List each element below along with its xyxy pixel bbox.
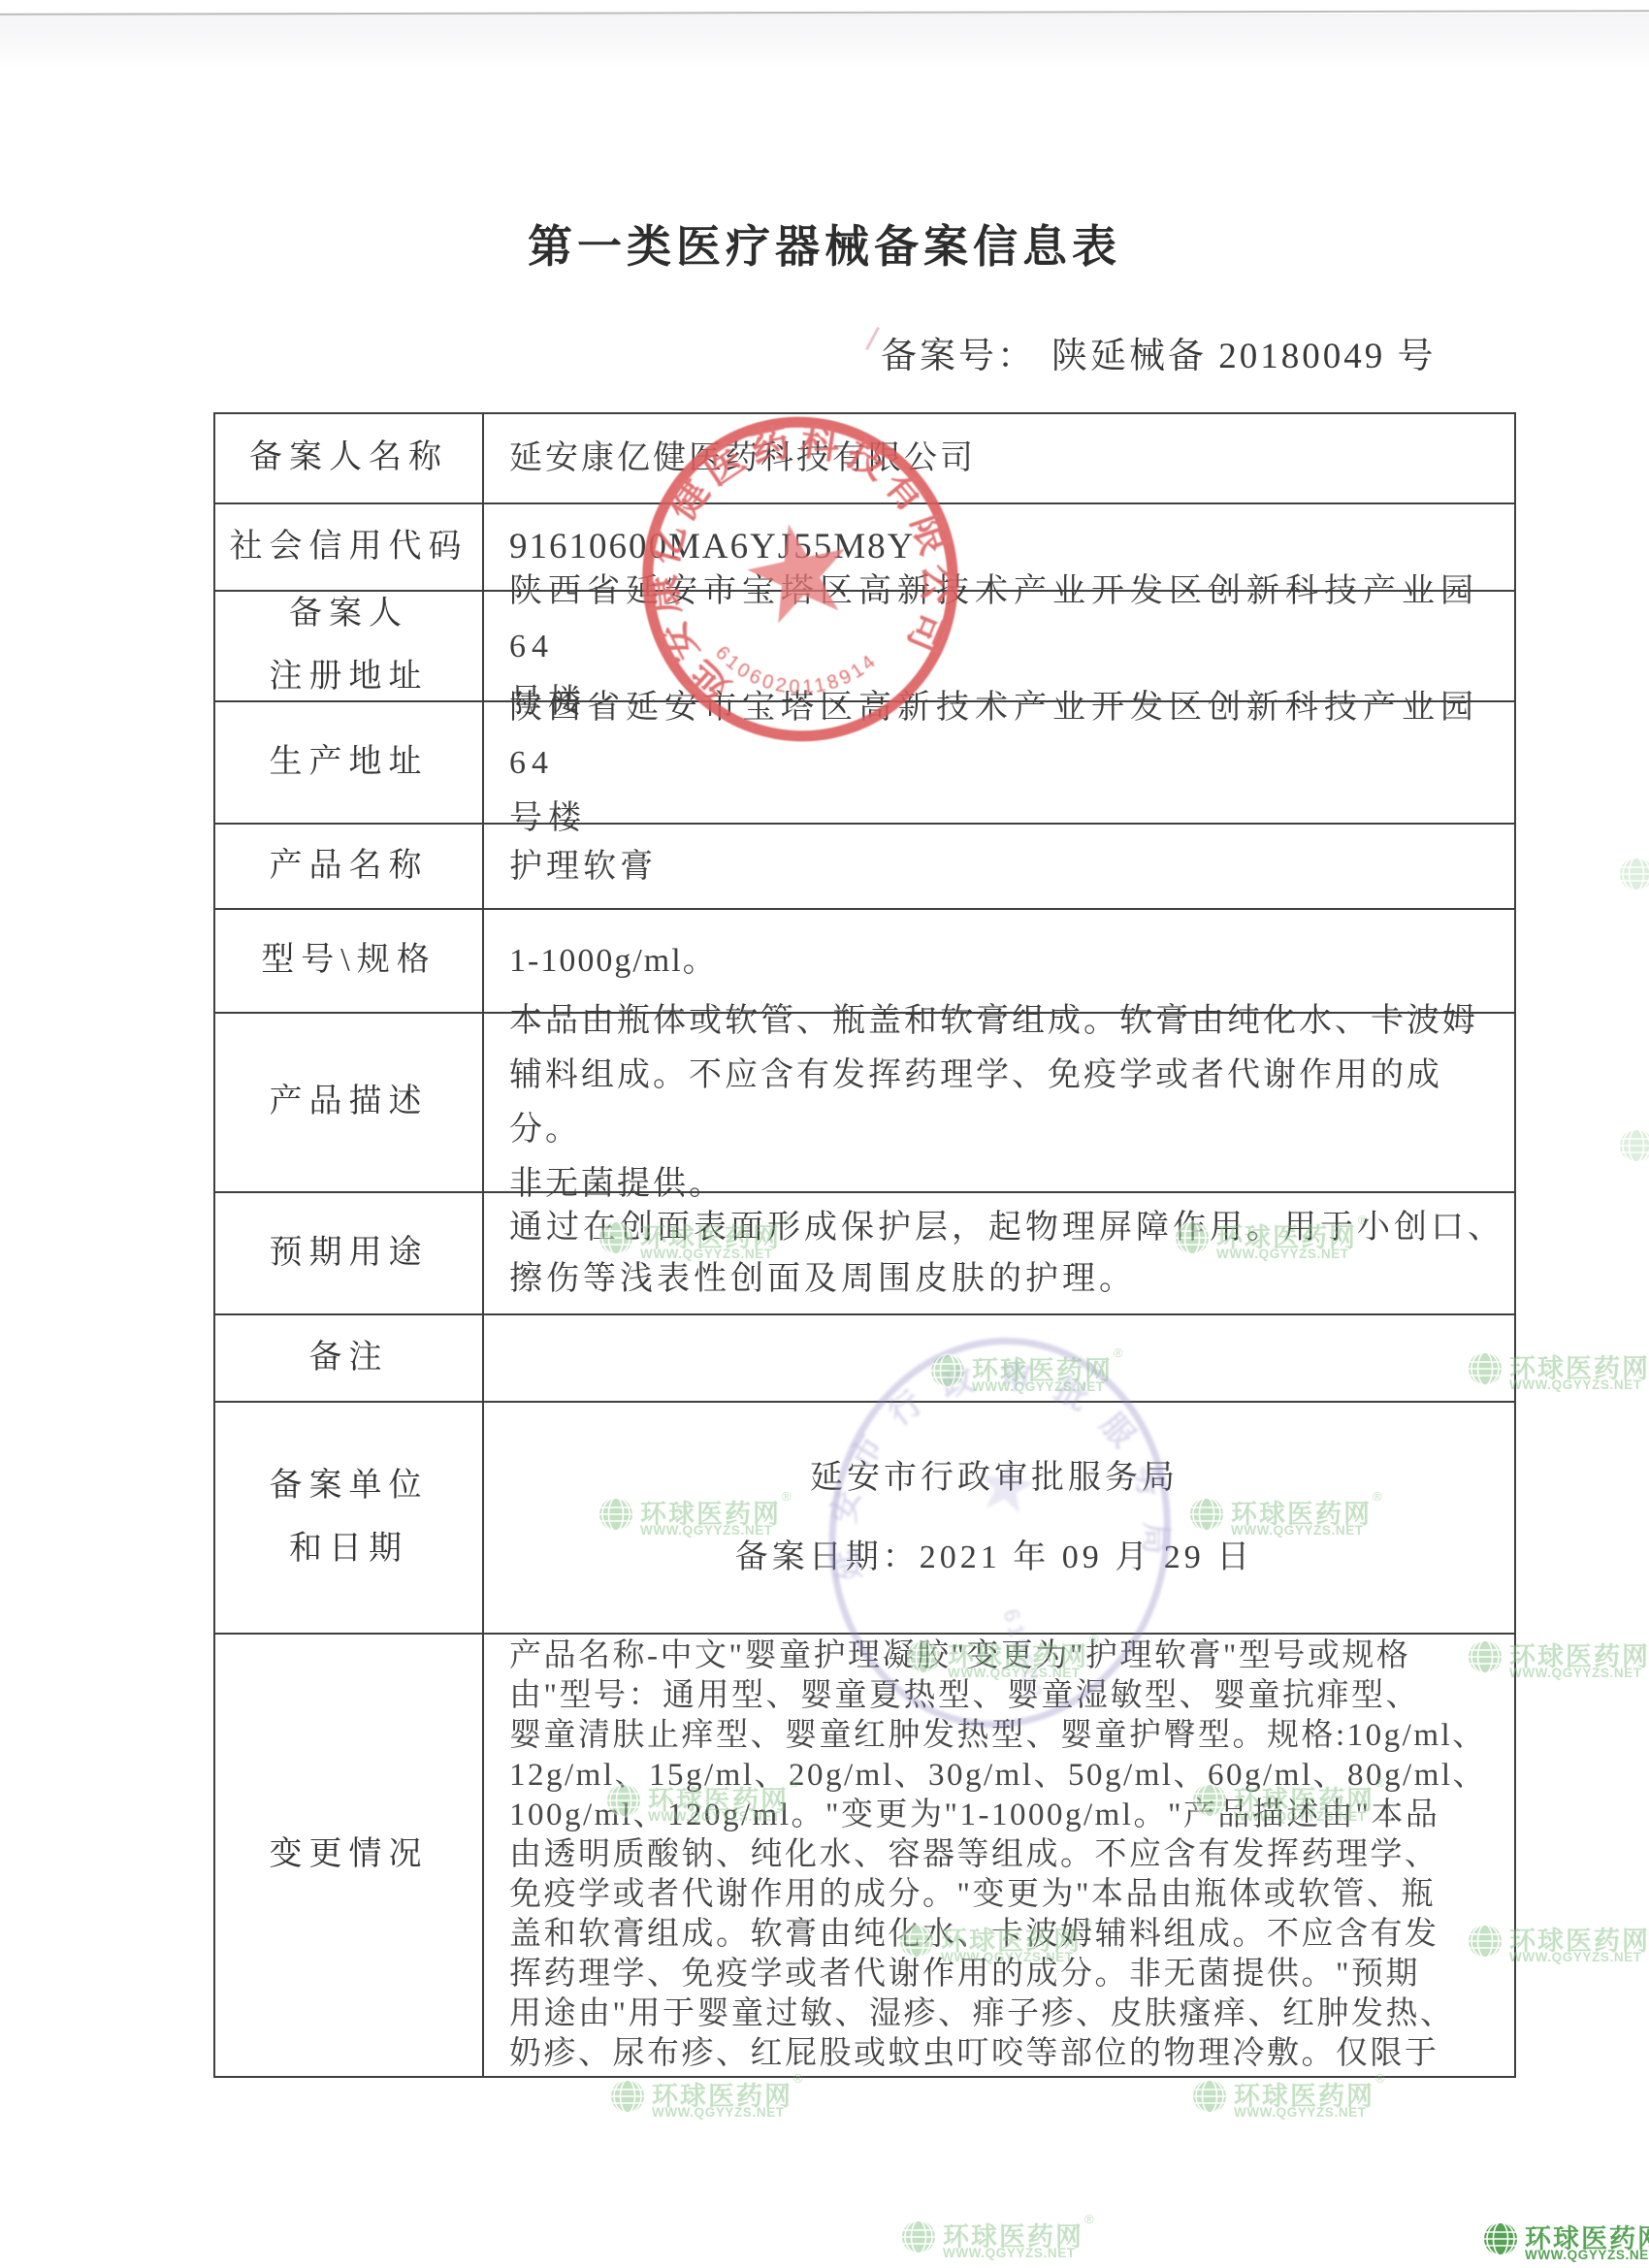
row-label: 预期用途 xyxy=(215,1193,484,1313)
watermark-url: WWW.QGYYZS.NET xyxy=(1509,1377,1642,1392)
watermark-url: WWW.QGYYZS.NET xyxy=(948,1666,1081,1680)
site-watermark: 环球医药网®WWW.QGYYZS.NET xyxy=(598,1493,792,1545)
row-value: 本品由瓶体或软管、瓶盖和软膏组成。软膏由纯化水、卡波姆辅料组成。不应含有发挥药理… xyxy=(484,1014,1514,1191)
globe-icon xyxy=(1467,1350,1503,1387)
row-label: 产品名称 xyxy=(215,825,484,908)
registered-mark: ® xyxy=(1083,1916,1092,1930)
registered-mark: ® xyxy=(1358,1213,1368,1227)
globe-icon xyxy=(905,1638,942,1675)
globe-icon xyxy=(1618,1127,1649,1164)
scanned-document-page: 第一类医疗器械备案信息表 备案号：陕延械备 20180049 号 备案人名称延安… xyxy=(0,0,1649,2268)
row-label: 备注 xyxy=(215,1315,484,1401)
site-watermark: 环球医药网®WWW.QGYYZS.NET xyxy=(1191,1779,1385,1831)
row-label: 生产地址 xyxy=(215,702,484,823)
site-watermark: 环球医药网®WWW.QGYYZS.NET xyxy=(1467,1347,1649,1400)
globe-icon xyxy=(900,2219,937,2255)
table-row: 变更情况产品名称-中文"婴童护理凝胶"变更为"护理软膏"型号或规格由"型号：通用… xyxy=(215,1635,1514,2076)
site-watermark: 环球医药网®WWW.QGYYZS.NET xyxy=(929,1349,1123,1402)
watermark-url: WWW.QGYYZS.NET xyxy=(1509,1950,1642,1964)
site-watermark: 环球医药网®WWW.QGYYZS.NET xyxy=(1467,1636,1649,1688)
table-row: 备案人名称延安康亿健医药科技有限公司 xyxy=(215,414,1514,504)
table-row: 备注 xyxy=(215,1315,1514,1403)
watermark-url: WWW.QGYYZS.NET xyxy=(1234,1809,1367,1824)
site-watermark: 环球医药网®WWW.QGYYZS.NET xyxy=(598,1216,792,1269)
site-watermark: 环球医药网®WWW.QGYYZS.NET xyxy=(1618,853,1649,905)
globe-icon xyxy=(1174,1219,1211,1256)
registered-mark: ® xyxy=(1089,1632,1099,1646)
row-value: 延安康亿健医药科技有限公司 xyxy=(484,414,1514,502)
document-title: 第一类医疗器械备案信息表 xyxy=(0,211,1649,275)
watermark-url: WWW.QGYYZS.NET xyxy=(1525,2248,1649,2262)
row-value: 陕西省延安市宝塔区高新技术产业开发区创新科技产业园 64号楼 xyxy=(484,702,1514,823)
filing-number-line: 备案号：陕延械备 20180049 号 xyxy=(881,326,1437,378)
registered-mark: ® xyxy=(1375,1775,1385,1790)
watermark-url: WWW.QGYYZS.NET xyxy=(941,1950,1074,1964)
globe-icon xyxy=(1467,1923,1503,1960)
globe-icon xyxy=(1482,2220,1519,2257)
row-label: 社会信用代码 xyxy=(215,504,484,590)
watermark-url: WWW.QGYYZS.NET xyxy=(648,1809,781,1824)
watermark-url: WWW.QGYYZS.NET xyxy=(640,1523,773,1538)
pen-mark xyxy=(865,327,880,350)
globe-icon xyxy=(1467,1638,1503,1675)
table-row: 生产地址陕西省延安市宝塔区高新技术产业开发区创新科技产业园 64号楼 xyxy=(215,702,1514,825)
registered-mark: ® xyxy=(1114,1345,1123,1360)
row-label: 型号\规格 xyxy=(215,910,484,1012)
table-row: 产品描述本品由瓶体或软管、瓶盖和软膏组成。软膏由纯化水、卡波姆辅料组成。不应含有… xyxy=(215,1014,1514,1193)
filing-number-label: 备案号： xyxy=(881,337,1036,376)
registered-mark: ® xyxy=(782,1213,792,1227)
watermark-url: WWW.QGYYZS.NET xyxy=(1234,2105,1367,2120)
scan-artifact xyxy=(0,14,1649,72)
watermark-url: WWW.QGYYZS.NET xyxy=(652,2105,785,2120)
globe-icon xyxy=(609,2078,646,2115)
row-label: 备案人注册地址 xyxy=(215,592,484,700)
filing-number-value: 陕延械备 20180049 号 xyxy=(1051,337,1437,376)
globe-icon xyxy=(598,1219,634,1256)
site-watermark: 环球医药网®WWW.QGYYZS.NET xyxy=(1191,2075,1385,2127)
globe-icon xyxy=(1618,856,1649,892)
table-row: 产品名称护理软膏 xyxy=(215,825,1514,910)
row-label: 备案单位和日期 xyxy=(215,1403,484,1633)
watermark-url: WWW.QGYYZS.NET xyxy=(1509,1666,1642,1680)
registered-mark: ® xyxy=(1375,2071,1385,2086)
site-watermark: 环球医药网®WWW.QGYYZS.NET xyxy=(609,2075,803,2127)
row-label: 备案人名称 xyxy=(215,414,484,502)
registered-mark: ® xyxy=(793,2071,803,2086)
globe-icon xyxy=(929,1352,966,1389)
watermark-url: WWW.QGYYZS.NET xyxy=(640,1247,773,1261)
row-value: 护理软膏 xyxy=(484,825,1514,908)
globe-icon xyxy=(898,1923,935,1960)
site-watermark: 环球医药网®WWW.QGYYZS.NET xyxy=(905,1636,1099,1688)
registered-mark: ® xyxy=(1084,2212,1094,2226)
globe-icon xyxy=(605,1782,642,1819)
site-watermark: 环球医药网®WWW.QGYYZS.NET xyxy=(1467,1920,1649,1972)
globe-icon xyxy=(1191,2078,1228,2115)
globe-icon xyxy=(1191,1782,1228,1819)
site-watermark: 环球医药网®WWW.QGYYZS.NET xyxy=(1482,2218,1649,2268)
row-label: 变更情况 xyxy=(215,1635,484,2076)
registered-mark: ® xyxy=(1373,1489,1382,1504)
watermark-url: WWW.QGYYZS.NET xyxy=(972,1379,1105,1394)
watermark-url: WWW.QGYYZS.NET xyxy=(1216,1247,1349,1261)
globe-icon xyxy=(598,1496,634,1533)
site-watermark: 环球医药网®WWW.QGYYZS.NET xyxy=(898,1920,1092,1972)
site-watermark: 环球医药网®WWW.QGYYZS.NET xyxy=(1174,1216,1368,1269)
row-value: 产品名称-中文"婴童护理凝胶"变更为"护理软膏"型号或规格由"型号：通用型、婴童… xyxy=(484,1635,1514,2076)
site-watermark: 环球医药网®WWW.QGYYZS.NET xyxy=(605,1779,799,1831)
watermark-url: WWW.QGYYZS.NET xyxy=(1231,1523,1364,1538)
registered-mark: ® xyxy=(790,1775,799,1790)
watermark-url: WWW.QGYYZS.NET xyxy=(943,2246,1076,2260)
site-watermark: 环球医药网®WWW.QGYYZS.NET xyxy=(900,2216,1094,2268)
row-label: 产品描述 xyxy=(215,1014,484,1191)
registered-mark: ® xyxy=(782,1489,792,1504)
site-watermark: 环球医药网®WWW.QGYYZS.NET xyxy=(1188,1493,1382,1545)
globe-icon xyxy=(1188,1496,1225,1533)
site-watermark: 环球医药网®WWW.QGYYZS.NET xyxy=(1618,1124,1649,1177)
